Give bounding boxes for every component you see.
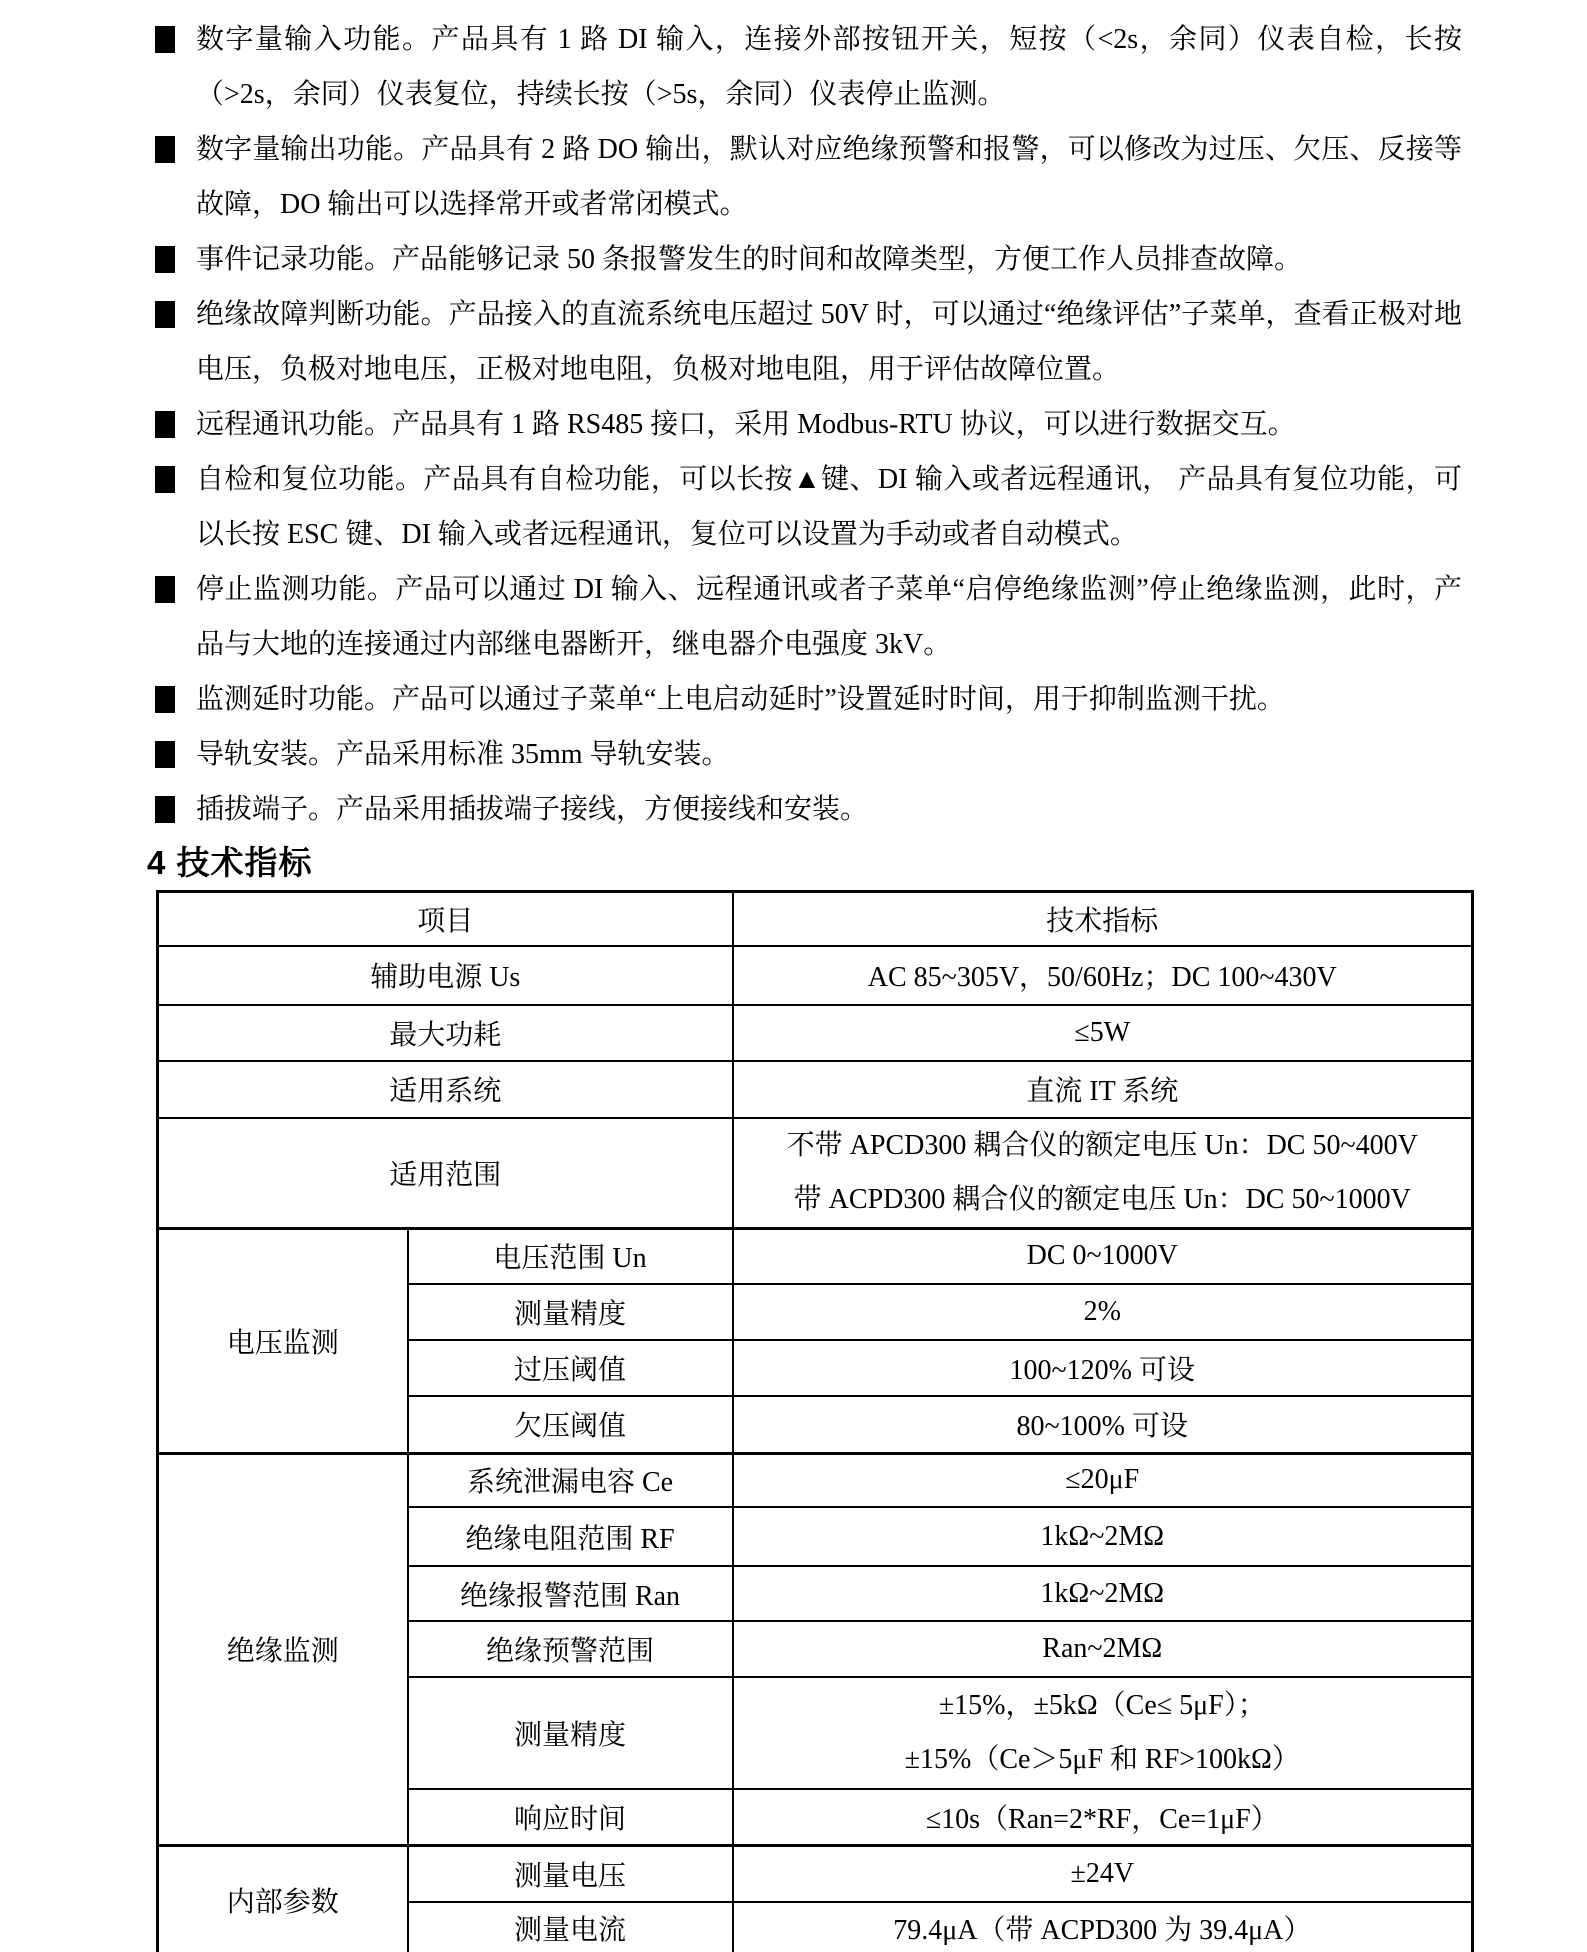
feature-bullet-item: 远程通讯功能。产品具有 1 路 RS485 接口，采用 Modbus-RTU 协… — [155, 397, 1462, 452]
document-page: 数字量输入功能。产品具有 1 路 DI 输入，连接外部按钮开关，短按（<2s，余… — [0, 0, 1467, 1952]
spec-label-cell: 测量电流 — [408, 1902, 733, 1952]
spec-value-line: ±15%，±5kΩ（Ce≤ 5μF）； — [734, 1679, 1472, 1733]
spec-label-cell: 绝缘报警范围 Ran — [408, 1566, 733, 1621]
spec-value-cell: 80~100% 可设 — [733, 1396, 1473, 1453]
spec-label-cell: 辅助电源 Us — [158, 946, 733, 1005]
bullet-square-icon — [155, 301, 175, 328]
table-header-spec: 技术指标 — [733, 892, 1473, 946]
bullet-text: 停止监测功能。产品可以通过 DI 输入、远程通讯或者子菜单“启停绝缘监测”停止绝… — [196, 574, 1462, 660]
spec-label-cell: 绝缘电阻范围 RF — [408, 1507, 733, 1566]
spec-value-cell: AC 85~305V，50/60Hz；DC 100~430V — [733, 946, 1473, 1005]
spec-value-cell: ±15%，±5kΩ（Ce≤ 5μF）； ±15%（Ce＞5μF 和 RF>100… — [733, 1677, 1473, 1789]
table-row: 内部参数 测量电压 ±24V — [158, 1845, 1473, 1902]
table-row: 适用范围 不带 APCD300 耦合仪的额定电压 Un：DC 50~400V 带… — [158, 1118, 1473, 1229]
feature-bullet-item: 数字量输出功能。产品具有 2 路 DO 输出，默认对应绝缘预警和报警，可以修改为… — [155, 122, 1462, 232]
bullet-square-icon — [155, 796, 175, 823]
table-row: 绝缘监测 系统泄漏电容 Ce ≤20μF — [158, 1453, 1473, 1507]
spec-group-cell: 内部参数 — [158, 1845, 408, 1952]
bullet-square-icon — [155, 26, 175, 53]
spec-value-line: ±15%（Ce＞5μF 和 RF>100kΩ） — [734, 1733, 1472, 1787]
spec-value-cell: 2% — [733, 1284, 1473, 1340]
bullet-text: 数字量输入功能。产品具有 1 路 DI 输入，连接外部按钮开关，短按（<2s，余… — [196, 24, 1462, 110]
spec-label-cell: 测量电压 — [408, 1845, 733, 1902]
spec-label-cell: 测量精度 — [408, 1677, 733, 1789]
spec-label-cell: 电压范围 Un — [408, 1228, 733, 1284]
bullet-text: 监测延时功能。产品可以通过子菜单“上电启动延时”设置延时时间，用于抑制监测干扰。 — [196, 684, 1285, 715]
table-header-item: 项目 — [158, 892, 733, 946]
spec-value-cell: ±24V — [733, 1845, 1473, 1902]
spec-group-cell: 绝缘监测 — [158, 1453, 408, 1845]
bullet-square-icon — [155, 686, 175, 713]
feature-bullet-item: 监测延时功能。产品可以通过子菜单“上电启动延时”设置延时时间，用于抑制监测干扰。 — [155, 672, 1462, 727]
bullet-square-icon — [155, 576, 175, 603]
feature-bullet-item: 事件记录功能。产品能够记录 50 条报警发生的时间和故障类型，方便工作人员排查故… — [155, 232, 1462, 287]
spec-value-cell: Ran~2MΩ — [733, 1621, 1473, 1677]
bullet-text: 导轨安装。产品采用标准 35mm 导轨安装。 — [196, 739, 730, 770]
table-row: 辅助电源 Us AC 85~305V，50/60Hz；DC 100~430V — [158, 946, 1473, 1005]
section-heading: 4 技术指标 — [147, 843, 1467, 883]
table-row: 最大功耗 ≤5W — [158, 1005, 1473, 1061]
bullet-square-icon — [155, 136, 175, 163]
spec-label-cell: 绝缘预警范围 — [408, 1621, 733, 1677]
spec-value-line: 不带 APCD300 耦合仪的额定电压 Un：DC 50~400V — [734, 1119, 1472, 1173]
feature-bullet-item: 停止监测功能。产品可以通过 DI 输入、远程通讯或者子菜单“启停绝缘监测”停止绝… — [155, 562, 1462, 672]
table-row: 电压监测 电压范围 Un DC 0~1000V — [158, 1228, 1473, 1284]
spec-value-cell: 不带 APCD300 耦合仪的额定电压 Un：DC 50~400V 带 ACPD… — [733, 1118, 1473, 1229]
spec-label-cell: 系统泄漏电容 Ce — [408, 1453, 733, 1507]
spec-group-cell: 电压监测 — [158, 1228, 408, 1453]
feature-bullet-list: 数字量输入功能。产品具有 1 路 DI 输入，连接外部按钮开关，短按（<2s，余… — [155, 12, 1462, 837]
spec-value-cell: 79.4μA（带 ACPD300 为 39.4μA） — [733, 1902, 1473, 1952]
spec-value-cell: ≤5W — [733, 1005, 1473, 1061]
bullet-square-icon — [155, 246, 175, 273]
bullet-text: 绝缘故障判断功能。产品接入的直流系统电压超过 50V 时，可以通过“绝缘评估”子… — [196, 299, 1462, 385]
spec-label-cell: 适用系统 — [158, 1061, 733, 1118]
spec-value-line: 带 ACPD300 耦合仪的额定电压 Un：DC 50~1000V — [734, 1173, 1472, 1227]
bullet-text: 插拔端子。产品采用插拔端子接线，方便接线和安装。 — [196, 794, 868, 825]
spec-label-cell: 响应时间 — [408, 1789, 733, 1845]
spec-value-cell: 100~120% 可设 — [733, 1340, 1473, 1396]
feature-bullet-item: 自检和复位功能。产品具有自检功能，可以长按▲键、DI 输入或者远程通讯， 产品具… — [155, 452, 1462, 562]
spec-label-cell: 测量精度 — [408, 1284, 733, 1340]
bullet-text: 数字量输出功能。产品具有 2 路 DO 输出，默认对应绝缘预警和报警，可以修改为… — [196, 134, 1462, 220]
spec-value-cell: DC 0~1000V — [733, 1228, 1473, 1284]
spec-label-cell: 欠压阈值 — [408, 1396, 733, 1453]
spec-value-cell: ≤20μF — [733, 1453, 1473, 1507]
spec-value-cell: ≤10s（Ran=2*RF，Ce=1μF） — [733, 1789, 1473, 1845]
bullet-square-icon — [155, 411, 175, 438]
spec-label-cell: 最大功耗 — [158, 1005, 733, 1061]
spec-value-cell: 1kΩ~2MΩ — [733, 1507, 1473, 1566]
feature-bullet-item: 绝缘故障判断功能。产品接入的直流系统电压超过 50V 时，可以通过“绝缘评估”子… — [155, 287, 1462, 397]
feature-bullet-item: 数字量输入功能。产品具有 1 路 DI 输入，连接外部按钮开关，短按（<2s，余… — [155, 12, 1462, 122]
table-header-row: 项目 技术指标 — [158, 892, 1473, 946]
bullet-text: 自检和复位功能。产品具有自检功能，可以长按▲键、DI 输入或者远程通讯， 产品具… — [196, 464, 1462, 550]
bullet-square-icon — [155, 466, 175, 493]
bullet-text: 远程通讯功能。产品具有 1 路 RS485 接口，采用 Modbus-RTU 协… — [196, 409, 1296, 440]
spec-label-cell: 过压阈值 — [408, 1340, 733, 1396]
spec-value-cell: 直流 IT 系统 — [733, 1061, 1473, 1118]
spec-label-cell: 适用范围 — [158, 1118, 733, 1229]
spec-value-cell: 1kΩ~2MΩ — [733, 1566, 1473, 1621]
bullet-square-icon — [155, 741, 175, 768]
feature-bullet-item: 插拔端子。产品采用插拔端子接线，方便接线和安装。 — [155, 782, 1462, 837]
bullet-text: 事件记录功能。产品能够记录 50 条报警发生的时间和故障类型，方便工作人员排查故… — [196, 244, 1302, 275]
tech-specs-table: 项目 技术指标 辅助电源 Us AC 85~305V，50/60Hz；DC 10… — [156, 890, 1474, 1952]
feature-bullet-item: 导轨安装。产品采用标准 35mm 导轨安装。 — [155, 727, 1462, 782]
table-row: 适用系统 直流 IT 系统 — [158, 1061, 1473, 1118]
